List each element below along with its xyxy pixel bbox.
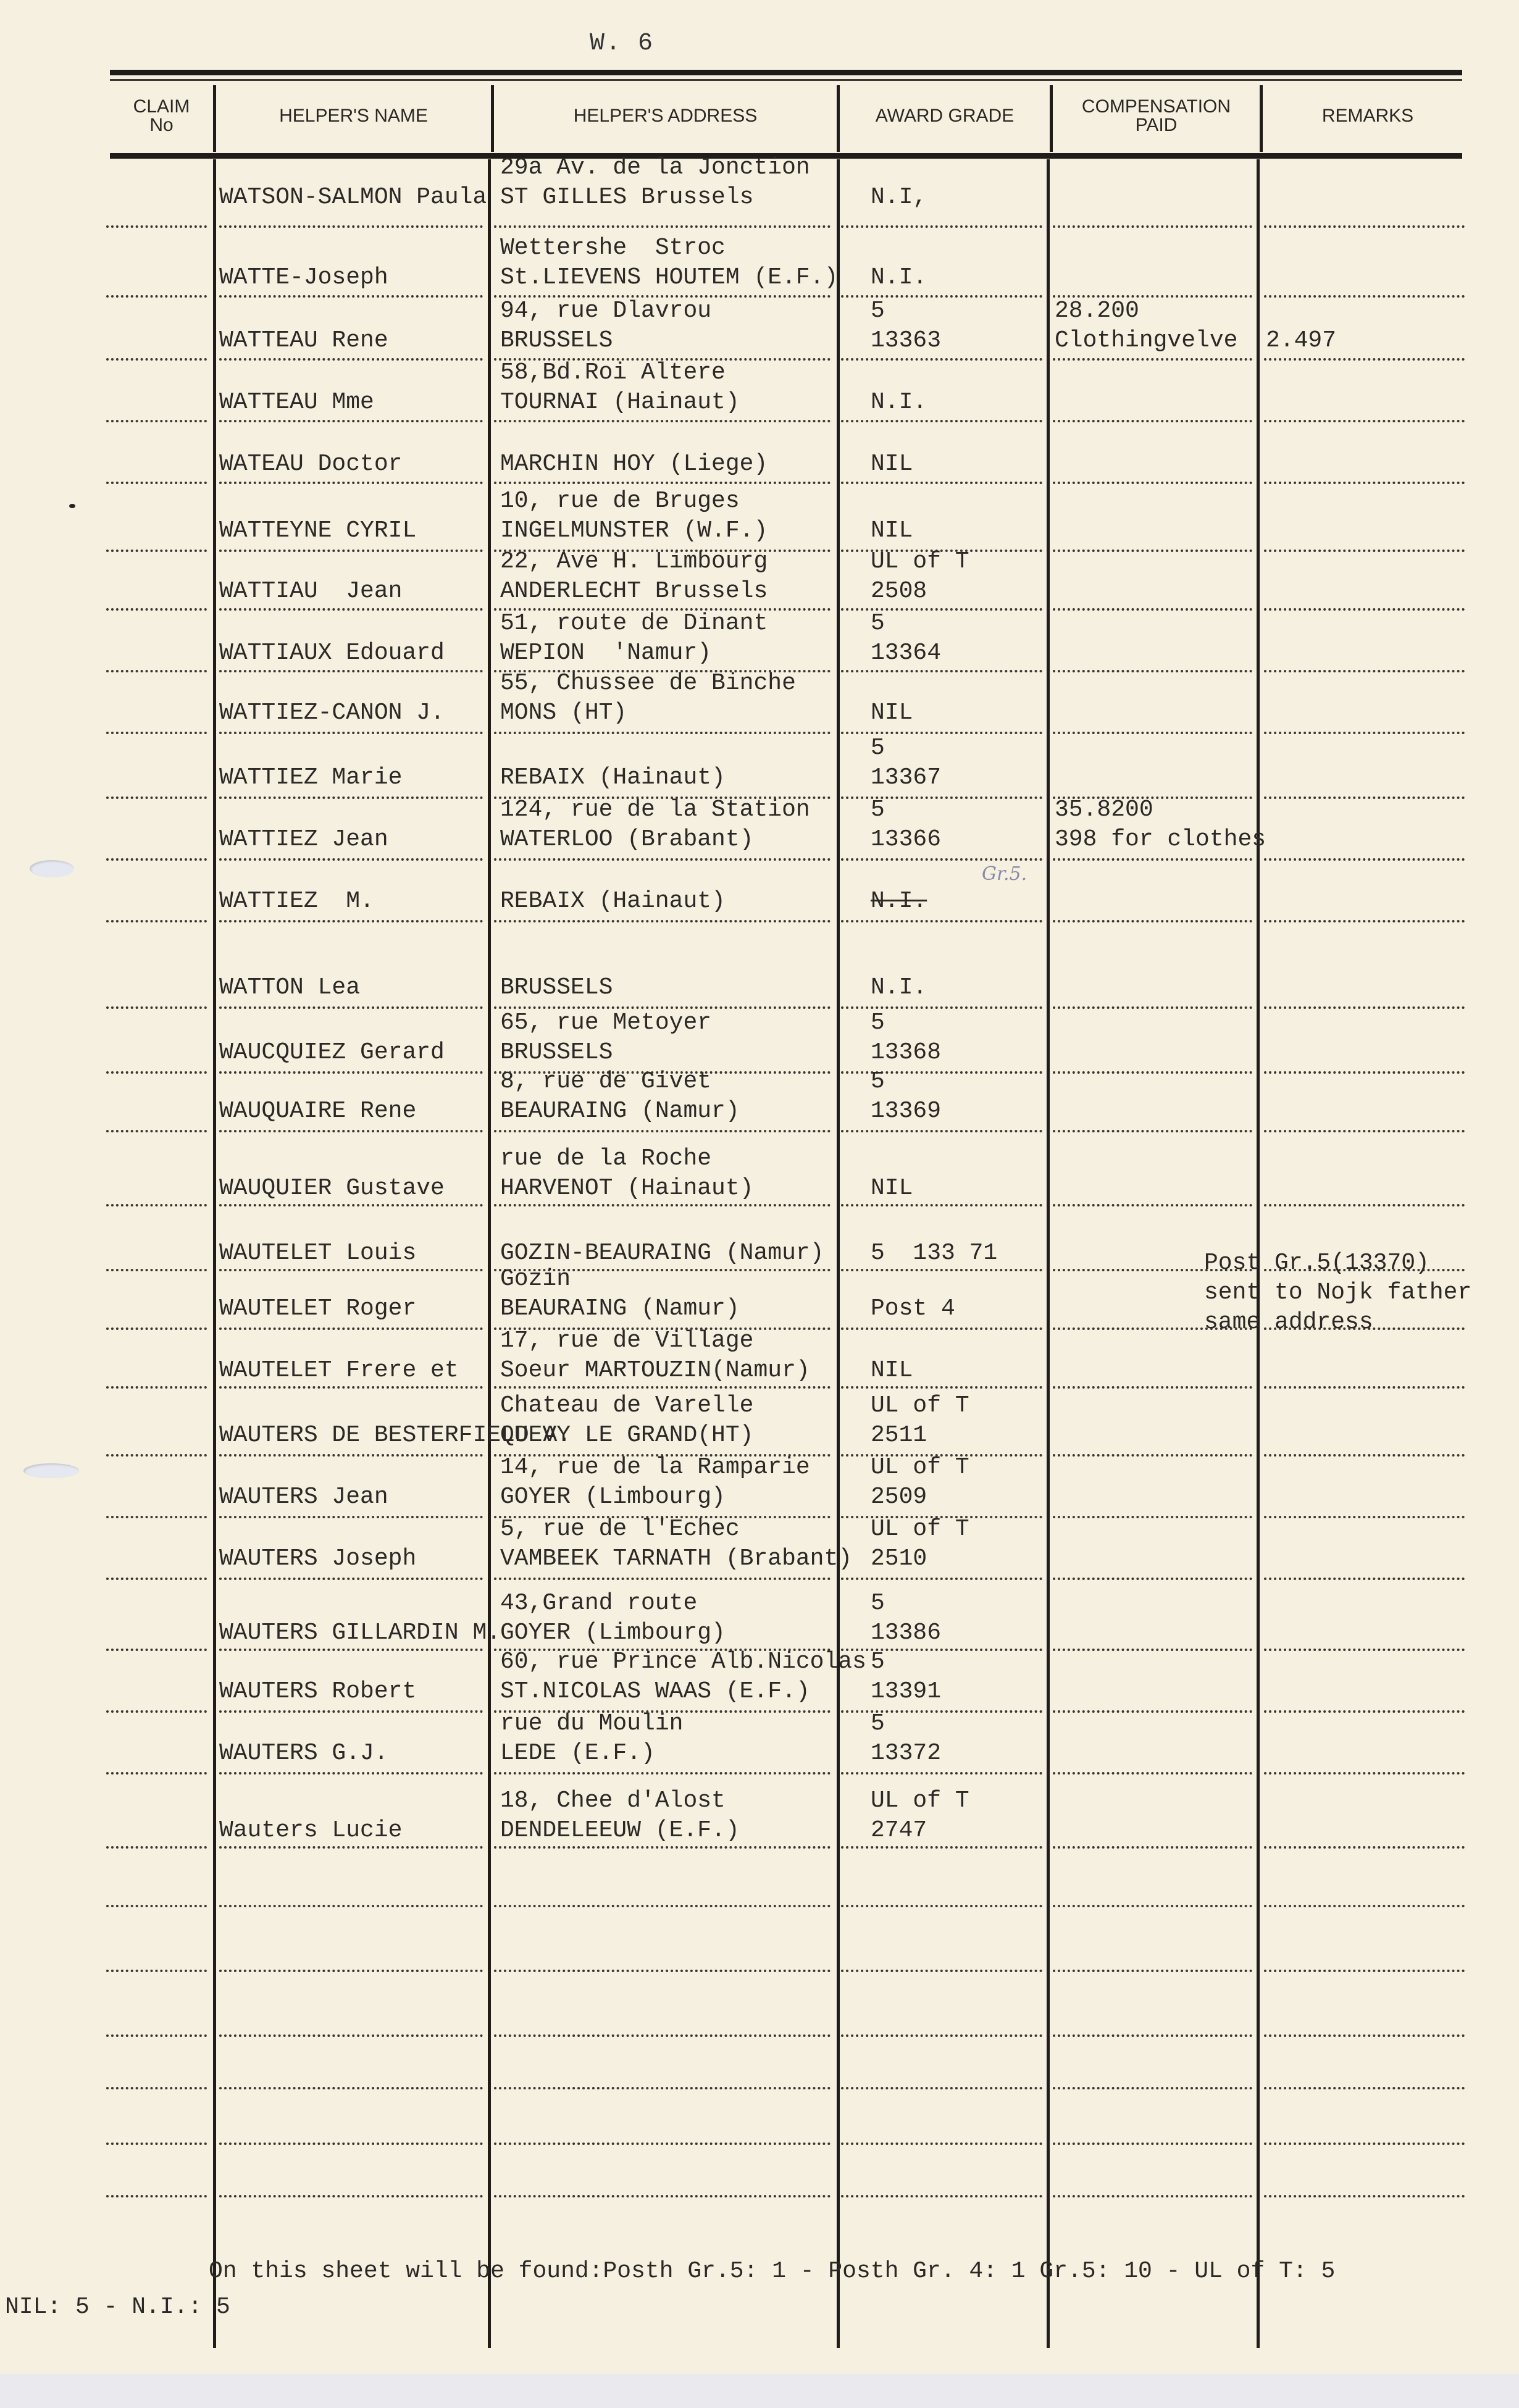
row-dotted-rule [106, 608, 207, 611]
row-dotted-rule [1264, 1386, 1465, 1389]
scan-background [0, 2374, 1519, 2408]
helper-name: WATTEYNE CYRIL [219, 516, 416, 546]
helper-address-line: TOURNAI (Hainaut) [500, 388, 740, 417]
row-dotted-rule [219, 1204, 483, 1206]
row-dotted-rule [1053, 1578, 1252, 1580]
award-grade-line: 5 [871, 734, 885, 763]
row-dotted-rule [219, 295, 483, 298]
award-grade-line: N.I, [871, 183, 927, 212]
sheet-id: W. 6 [590, 30, 654, 57]
row-dotted-rule [1264, 1772, 1465, 1775]
row-dotted-rule [219, 1905, 483, 1907]
row-dotted-rule [494, 2087, 831, 2089]
award-grade-line: N.I. [871, 973, 927, 1003]
award-grade-line: 2508 [871, 577, 927, 606]
header-helpers-name: HELPER'S NAME [216, 79, 491, 153]
row-dotted-rule [1264, 1204, 1465, 1206]
row-dotted-rule [1053, 858, 1252, 861]
helper-address-line: GOZIN-BEAURAING (Namur) [500, 1239, 824, 1268]
award-grade-line: UL of T [871, 1391, 969, 1421]
award-grade-line: 5 [871, 795, 885, 825]
row-dotted-rule [106, 858, 207, 861]
row-dotted-rule [1264, 1578, 1465, 1580]
row-dotted-rule [106, 1578, 207, 1580]
helper-address-line: BRUSSELS [500, 1038, 613, 1068]
row-dotted-rule [1264, 225, 1465, 228]
row-dotted-rule [841, 225, 1042, 228]
row-dotted-rule [106, 1905, 207, 1907]
column-divider [1047, 159, 1050, 2348]
row-dotted-rule [1264, 796, 1465, 799]
row-dotted-rule [841, 920, 1042, 922]
helper-name: WAUQUAIRE Rene [219, 1097, 416, 1126]
row-dotted-rule [106, 732, 207, 734]
award-grade-line: 5 [871, 1647, 885, 1677]
row-dotted-rule [1264, 1970, 1465, 1972]
helper-name: WAUQUIER Gustave [219, 1174, 445, 1203]
row-dotted-rule [1264, 858, 1465, 861]
column-divider [213, 159, 216, 2348]
row-dotted-rule [219, 2143, 483, 2145]
helper-address-line: 29a Av. de la Jonction [500, 153, 810, 183]
row-dotted-rule [1053, 420, 1252, 422]
helper-address-line: ST GILLES Brussels [500, 183, 753, 212]
helper-address-line: LEDE (E.F.) [500, 1739, 655, 1768]
row-dotted-rule [219, 920, 483, 922]
row-dotted-rule [1264, 608, 1465, 611]
row-dotted-rule [1053, 550, 1252, 552]
row-dotted-rule [1264, 1905, 1465, 1907]
row-dotted-rule [1053, 1386, 1252, 1389]
helper-name: WAUCQUIEZ Gerard [219, 1038, 445, 1068]
helper-name: WATEAU Doctor [219, 449, 402, 479]
helper-address-line: 18, Chee d'Alost [500, 1786, 726, 1816]
helper-address-line: 22, Ave H. Limbourg [500, 547, 768, 577]
row-dotted-rule [106, 1970, 207, 1972]
award-grade-line: 13386 [871, 1618, 941, 1648]
helper-address-line: QUEVY LE GRAND(HT) [500, 1421, 753, 1450]
sheet-summary-totals: NIL: 5 - N.I.: 5 [5, 2294, 230, 2320]
compensation-line: Clothingvelve [1055, 326, 1237, 356]
helper-name: Wauters Lucie [219, 1816, 402, 1846]
award-grade-line: N.I. [871, 388, 927, 417]
row-dotted-rule [106, 2087, 207, 2089]
row-dotted-rule [841, 1905, 1042, 1907]
helper-address-line: WATERLOO (Brabant) [500, 825, 753, 855]
row-dotted-rule [219, 1710, 483, 1713]
award-grade-line: 5 [871, 296, 885, 326]
row-dotted-rule [841, 1846, 1042, 1849]
row-dotted-rule [1264, 2087, 1465, 2089]
row-dotted-rule [841, 2034, 1042, 2037]
helper-name: WATTON Lea [219, 973, 360, 1003]
row-dotted-rule [219, 1454, 483, 1457]
helper-name: WATTIEZ-CANON J. [219, 698, 445, 728]
row-dotted-rule [841, 1204, 1042, 1206]
row-dotted-rule [1264, 1071, 1465, 1074]
helper-address-line: BEAURAING (Namur) [500, 1294, 740, 1324]
helper-address-line: 17, rue de Village [500, 1326, 753, 1356]
row-dotted-rule [1053, 1071, 1252, 1074]
helper-name: WATTEAU Rene [219, 326, 388, 356]
row-dotted-rule [1053, 1846, 1252, 1849]
row-dotted-rule [106, 1516, 207, 1518]
row-dotted-rule [494, 1130, 831, 1132]
helper-name: WAUTERS Joseph [219, 1544, 416, 1574]
row-dotted-rule [106, 1071, 207, 1074]
helper-address-line: VAMBEEK TARNATH (Brabant) [500, 1544, 852, 1574]
binder-hole [23, 1463, 79, 1478]
helper-name: WATSON-SALMON Paula [219, 183, 487, 212]
award-grade-line: 5 [871, 609, 885, 638]
row-dotted-rule [1264, 920, 1465, 922]
row-dotted-rule [494, 2034, 831, 2037]
row-dotted-rule [1264, 295, 1465, 298]
helper-address-line: HARVENOT (Hainaut) [500, 1174, 753, 1203]
row-dotted-rule [494, 1204, 831, 1206]
sheet-summary: On this sheet will be found:Posth Gr.5: … [209, 2258, 1335, 2285]
binder-hole [30, 860, 74, 877]
award-grade-line: 13367 [871, 763, 941, 793]
row-dotted-rule [1053, 1970, 1252, 1972]
helper-address-line: ST.NICOLAS WAAS (E.F.) [500, 1677, 810, 1707]
row-dotted-rule [1053, 1454, 1252, 1457]
row-dotted-rule [1264, 1006, 1465, 1009]
row-dotted-rule [1053, 2034, 1252, 2037]
row-dotted-rule [841, 1386, 1042, 1389]
row-dotted-rule [106, 670, 207, 672]
row-dotted-rule [1053, 1516, 1252, 1518]
award-grade-line: UL of T [871, 1786, 969, 1816]
helper-name: WAUTELET Louis [219, 1239, 416, 1268]
remarks-line: sent to Nojk father [1204, 1278, 1471, 1308]
helper-address-line: 55, Chussee de Binche [500, 669, 796, 698]
helper-address-line: INGELMUNSTER (W.F.) [500, 516, 768, 546]
row-dotted-rule [219, 1970, 483, 1972]
helper-address-line: 5, rue de l'Echec [500, 1515, 740, 1544]
helper-name: WATTEAU Mme [219, 388, 374, 417]
header-claim-no: CLAIM No [110, 79, 213, 153]
helper-address-line: BEAURAING (Namur) [500, 1097, 740, 1126]
row-dotted-rule [1264, 1516, 1465, 1518]
row-dotted-rule [1053, 1006, 1252, 1009]
row-dotted-rule [219, 420, 483, 422]
row-dotted-rule [494, 920, 831, 922]
row-dotted-rule [494, 1846, 831, 1849]
row-dotted-rule [1264, 550, 1465, 552]
helper-address-line: 8, rue de Givet [500, 1067, 711, 1097]
helper-address-line: St.LIEVENS HOUTEM (E.F.) [500, 263, 838, 293]
award-grade-line: UL of T [871, 547, 969, 577]
award-grade-line: 13368 [871, 1038, 941, 1068]
row-dotted-rule [1053, 1710, 1252, 1713]
helper-name: WATTIEZ Jean [219, 825, 388, 855]
remarks-line: same address [1204, 1308, 1373, 1337]
row-dotted-rule [494, 1386, 831, 1389]
row-dotted-rule [219, 2195, 483, 2197]
helper-address-line: MARCHIN HOY (Liege) [500, 449, 768, 479]
award-grade-line: 5 [871, 1008, 885, 1038]
helper-address-line: 58,Bd.Roi Altere [500, 358, 726, 388]
helper-address-line: ANDERLECHT Brussels [500, 577, 768, 606]
row-dotted-rule [1053, 2143, 1252, 2145]
helper-name: WATTIAU Jean [219, 577, 402, 606]
row-dotted-rule [494, 1905, 831, 1907]
row-dotted-rule [106, 1772, 207, 1775]
helper-address-line: DENDELEEUW (E.F.) [500, 1816, 740, 1846]
helper-address-line: BRUSSELS [500, 326, 613, 356]
row-dotted-rule [219, 482, 483, 484]
row-dotted-rule [1053, 732, 1252, 734]
award-grade-line: 2747 [871, 1816, 927, 1846]
row-dotted-rule [1053, 1649, 1252, 1651]
row-dotted-rule [494, 1772, 831, 1775]
row-dotted-rule [1053, 1204, 1252, 1206]
helper-name: WAUTERS Jean [219, 1482, 388, 1512]
row-dotted-rule [219, 550, 483, 552]
helper-name: WATTIEZ M. [219, 887, 374, 916]
row-dotted-rule [1264, 2143, 1465, 2145]
compensation-line: 398 for clothes [1055, 825, 1266, 855]
award-grade-line: NIL [871, 698, 913, 728]
row-dotted-rule [841, 2195, 1042, 2197]
helper-address-line: 10, rue de Bruges [500, 487, 740, 516]
award-grade-line: 13366 [871, 825, 941, 855]
column-divider [488, 159, 491, 2348]
helper-name: WAUTERS Robert [219, 1677, 416, 1707]
award-grade-line: NIL [871, 516, 913, 546]
row-dotted-rule [106, 295, 207, 298]
award-grade-line: 2510 [871, 1544, 927, 1574]
row-dotted-rule [219, 1516, 483, 1518]
award-grade-line: 5 [871, 1067, 885, 1097]
award-grade-line: 5 [871, 1589, 885, 1618]
helper-address-line: BRUSSELS [500, 973, 613, 1003]
row-dotted-rule [1264, 2195, 1465, 2197]
row-dotted-rule [106, 1649, 207, 1651]
row-dotted-rule [106, 2195, 207, 2197]
helper-address-line: REBAIX (Hainaut) [500, 887, 726, 916]
row-dotted-rule [1264, 1454, 1465, 1457]
helper-address-line: 14, rue de la Ramparie [500, 1453, 810, 1482]
award-grade-line: 2511 [871, 1421, 927, 1450]
row-dotted-rule [1053, 358, 1252, 361]
row-dotted-rule [841, 482, 1042, 484]
header-award-grade: AWARD GRADE [840, 79, 1050, 153]
row-dotted-rule [841, 358, 1042, 361]
award-grade-line: 2509 [871, 1482, 927, 1512]
row-dotted-rule [1264, 358, 1465, 361]
helper-address-line: 43,Grand route [500, 1589, 697, 1618]
row-dotted-rule [106, 2034, 207, 2037]
row-dotted-rule [1053, 920, 1252, 922]
row-dotted-rule [219, 670, 483, 672]
helper-address-line: 51, route de Dinant [500, 609, 768, 638]
row-dotted-rule [106, 2143, 207, 2145]
helper-address-line: REBAIX (Hainaut) [500, 763, 726, 793]
row-dotted-rule [494, 2143, 831, 2145]
row-dotted-rule [841, 1269, 1042, 1271]
row-dotted-rule [219, 1772, 483, 1775]
row-dotted-rule [841, 670, 1042, 672]
helper-address-line: Chateau de Varelle [500, 1391, 753, 1421]
award-grade-line: NIL [871, 449, 913, 479]
row-dotted-rule [1264, 1846, 1465, 1849]
row-dotted-rule [219, 1578, 483, 1580]
row-dotted-rule [219, 608, 483, 611]
award-grade-line: 13363 [871, 326, 941, 356]
row-dotted-rule [1053, 1905, 1252, 1907]
row-dotted-rule [1053, 608, 1252, 611]
row-dotted-rule [1053, 225, 1252, 228]
helper-address-line: GOYER (Limbourg) [500, 1618, 726, 1648]
helper-name: WAUTELET Frere et [219, 1356, 459, 1386]
helper-name: WATTE-Joseph [219, 263, 388, 293]
award-grade-line: NIL [871, 1174, 913, 1203]
row-dotted-rule [841, 1130, 1042, 1132]
compensation-line: 28.200 [1055, 296, 1139, 326]
row-dotted-rule [1053, 2195, 1252, 2197]
helper-address-line: 60, rue Prince Alb.Nicolas [500, 1647, 866, 1677]
row-dotted-rule [841, 1772, 1042, 1775]
row-dotted-rule [219, 1130, 483, 1132]
helper-name: WATTIEZ Marie [219, 763, 402, 793]
row-dotted-rule [494, 225, 831, 228]
top-thick-rule [110, 70, 1462, 75]
row-dotted-rule [494, 420, 831, 422]
handwritten-annotation: Gr.5. [982, 863, 1027, 885]
row-dotted-rule [1053, 670, 1252, 672]
row-dotted-rule [1053, 1772, 1252, 1775]
award-grade-line: N.I. [871, 263, 927, 293]
row-dotted-rule [1264, 2034, 1465, 2037]
helper-name: WAUTERS GILLARDIN M. [219, 1618, 501, 1648]
row-dotted-rule [219, 858, 483, 861]
helper-address-line: 124, rue de la Station [500, 795, 810, 825]
row-dotted-rule [219, 1649, 483, 1651]
header-compensation-paid: COMPENSATION PAID [1053, 79, 1260, 153]
row-dotted-rule [219, 358, 483, 361]
row-dotted-rule [494, 858, 831, 861]
award-grade-line: UL of T [871, 1515, 969, 1544]
row-dotted-rule [106, 1710, 207, 1713]
award-grade-line: 5 [871, 1709, 885, 1739]
helper-address-line: MONS (HT) [500, 698, 627, 728]
column-divider [837, 159, 840, 2348]
row-dotted-rule [106, 1269, 207, 1271]
row-dotted-rule [1053, 2087, 1252, 2089]
row-dotted-rule [219, 796, 483, 799]
helper-address-line: Gozin [500, 1265, 571, 1294]
row-dotted-rule [219, 225, 483, 228]
row-dotted-rule [841, 1970, 1042, 1972]
award-grade-line: 13372 [871, 1739, 941, 1768]
row-dotted-rule [494, 2195, 831, 2197]
helper-address-line: rue de la Roche [500, 1144, 711, 1174]
row-dotted-rule [106, 420, 207, 422]
row-dotted-rule [106, 225, 207, 228]
row-dotted-rule [106, 1006, 207, 1009]
helper-name: WAUTELET Roger [219, 1294, 416, 1324]
helper-address-line: 65, rue Metoyer [500, 1008, 711, 1038]
row-dotted-rule [106, 1204, 207, 1206]
row-dotted-rule [1264, 670, 1465, 672]
header-remarks: REMARKS [1263, 79, 1473, 153]
helper-address-line: Wettershe Stroc [500, 233, 726, 263]
row-dotted-rule [219, 1846, 483, 1849]
helper-address-line: 94, rue Dlavrou [500, 296, 711, 326]
award-grade-line: NIL [871, 1356, 913, 1386]
row-dotted-rule [106, 358, 207, 361]
row-dotted-rule [106, 482, 207, 484]
row-dotted-rule [494, 482, 831, 484]
row-dotted-rule [106, 1454, 207, 1457]
header-helpers-address: HELPER'S ADDRESS [494, 79, 837, 153]
ink-dot [69, 504, 75, 508]
award-grade-line: UL of T [871, 1453, 969, 1482]
award-grade-line: 5 133 71 [871, 1239, 997, 1268]
row-dotted-rule [494, 732, 831, 734]
row-dotted-rule [219, 732, 483, 734]
helper-name: WAUTERS G.J. [219, 1739, 388, 1768]
row-dotted-rule [106, 1130, 207, 1132]
row-dotted-rule [106, 1327, 207, 1330]
row-dotted-rule [494, 1578, 831, 1580]
row-dotted-rule [106, 796, 207, 799]
row-dotted-rule [494, 1970, 831, 1972]
row-dotted-rule [219, 1327, 483, 1330]
row-dotted-rule [219, 2034, 483, 2037]
row-dotted-rule [841, 1327, 1042, 1330]
helper-address-line: Soeur MARTOUZIN(Namur) [500, 1356, 810, 1386]
award-grade-line: 13391 [871, 1677, 941, 1707]
award-grade-line: N.I. [871, 887, 927, 916]
award-grade-line: 13369 [871, 1097, 941, 1126]
row-dotted-rule [841, 1578, 1042, 1580]
row-dotted-rule [1053, 482, 1252, 484]
row-dotted-rule [1264, 1649, 1465, 1651]
row-dotted-rule [1264, 420, 1465, 422]
row-dotted-rule [106, 1846, 207, 1849]
row-dotted-rule [219, 1006, 483, 1009]
row-dotted-rule [1264, 1130, 1465, 1132]
document-page: W. 6 CLAIM No HELPER'S NAME HELPER'S ADD… [0, 0, 1519, 2371]
row-dotted-rule [841, 2143, 1042, 2145]
row-dotted-rule [841, 2087, 1042, 2089]
row-dotted-rule [106, 1386, 207, 1389]
helper-name: WATTIAUX Edouard [219, 638, 445, 668]
remarks-line: 2.497 [1266, 326, 1336, 356]
award-grade-line: Post 4 [871, 1294, 955, 1324]
row-dotted-rule [219, 1071, 483, 1074]
row-dotted-rule [106, 920, 207, 922]
remarks-line: Post Gr.5(13370) [1204, 1248, 1429, 1278]
row-dotted-rule [1264, 482, 1465, 484]
helper-address-line: WEPION 'Namur) [500, 638, 711, 668]
row-dotted-rule [219, 1386, 483, 1389]
row-dotted-rule [106, 550, 207, 552]
compensation-line: 35.8200 [1055, 795, 1153, 825]
row-dotted-rule [841, 420, 1042, 422]
award-grade-line: 13364 [871, 638, 941, 668]
row-dotted-rule [1264, 1710, 1465, 1713]
row-dotted-rule [1053, 1130, 1252, 1132]
helper-address-line: GOYER (Limbourg) [500, 1482, 726, 1512]
row-dotted-rule [219, 1269, 483, 1271]
row-dotted-rule [219, 2087, 483, 2089]
row-dotted-rule [1264, 732, 1465, 734]
helper-address-line: rue du Moulin [500, 1709, 683, 1739]
